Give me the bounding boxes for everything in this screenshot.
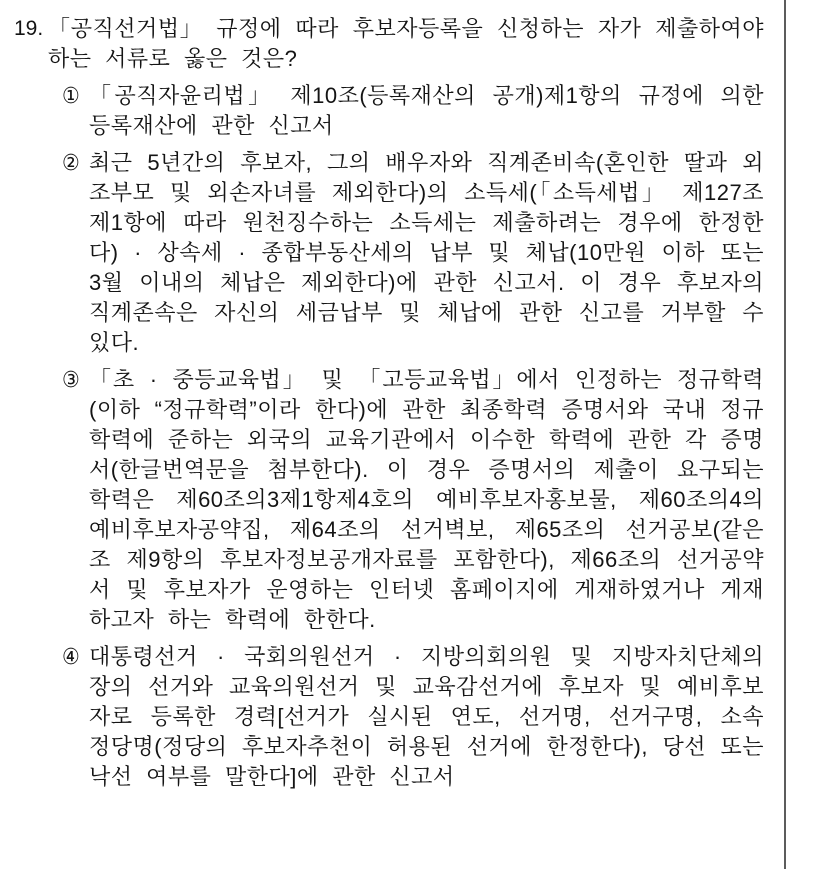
options-list: ① 「공직자윤리법」 제10조(등록재산의 공개)제1항의 규정에 의한 등록재…	[62, 81, 764, 792]
option-2-text: 최근 5년간의 후보자, 그의 배우자와 직계존비속(혼인한 딸과 외조부모 및…	[89, 148, 764, 358]
question-block: 19. 「공직선거법」 규정에 따라 후보자등록을 신청하는 자가 제출하여야 …	[14, 14, 764, 792]
option-1-marker: ①	[62, 81, 89, 111]
option-4-marker: ④	[62, 642, 89, 672]
option-1-text: 「공직자윤리법」 제10조(등록재산의 공개)제1항의 규정에 의한 등록재산에…	[89, 81, 764, 141]
option-2-marker: ②	[62, 148, 89, 178]
option-1: ① 「공직자윤리법」 제10조(등록재산의 공개)제1항의 규정에 의한 등록재…	[62, 81, 764, 141]
option-4-text: 대통령선거 · 국회의원선거 · 지방의회의원 및 지방자치단체의 장의 선거와…	[89, 642, 764, 792]
column-divider-rule	[784, 0, 786, 869]
question-stem: 「공직선거법」 규정에 따라 후보자등록을 신청하는 자가 제출하여야 하는 서…	[48, 14, 764, 74]
option-3: ③ 「초 · 중등교육법」 및 「고등교육법」에서 인정하는 정규학력(이하 “…	[62, 365, 764, 635]
option-2: ② 최근 5년간의 후보자, 그의 배우자와 직계존비속(혼인한 딸과 외조부모…	[62, 148, 764, 358]
question-19: 19. 「공직선거법」 규정에 따라 후보자등록을 신청하는 자가 제출하여야 …	[14, 14, 764, 74]
exam-page: 19. 「공직선거법」 규정에 따라 후보자등록을 신청하는 자가 제출하여야 …	[0, 0, 826, 869]
question-number: 19.	[14, 14, 48, 44]
option-4: ④ 대통령선거 · 국회의원선거 · 지방의회의원 및 지방자치단체의 장의 선…	[62, 642, 764, 792]
option-3-marker: ③	[62, 365, 89, 395]
option-3-text: 「초 · 중등교육법」 및 「고등교육법」에서 인정하는 정규학력(이하 “정규…	[89, 365, 764, 635]
